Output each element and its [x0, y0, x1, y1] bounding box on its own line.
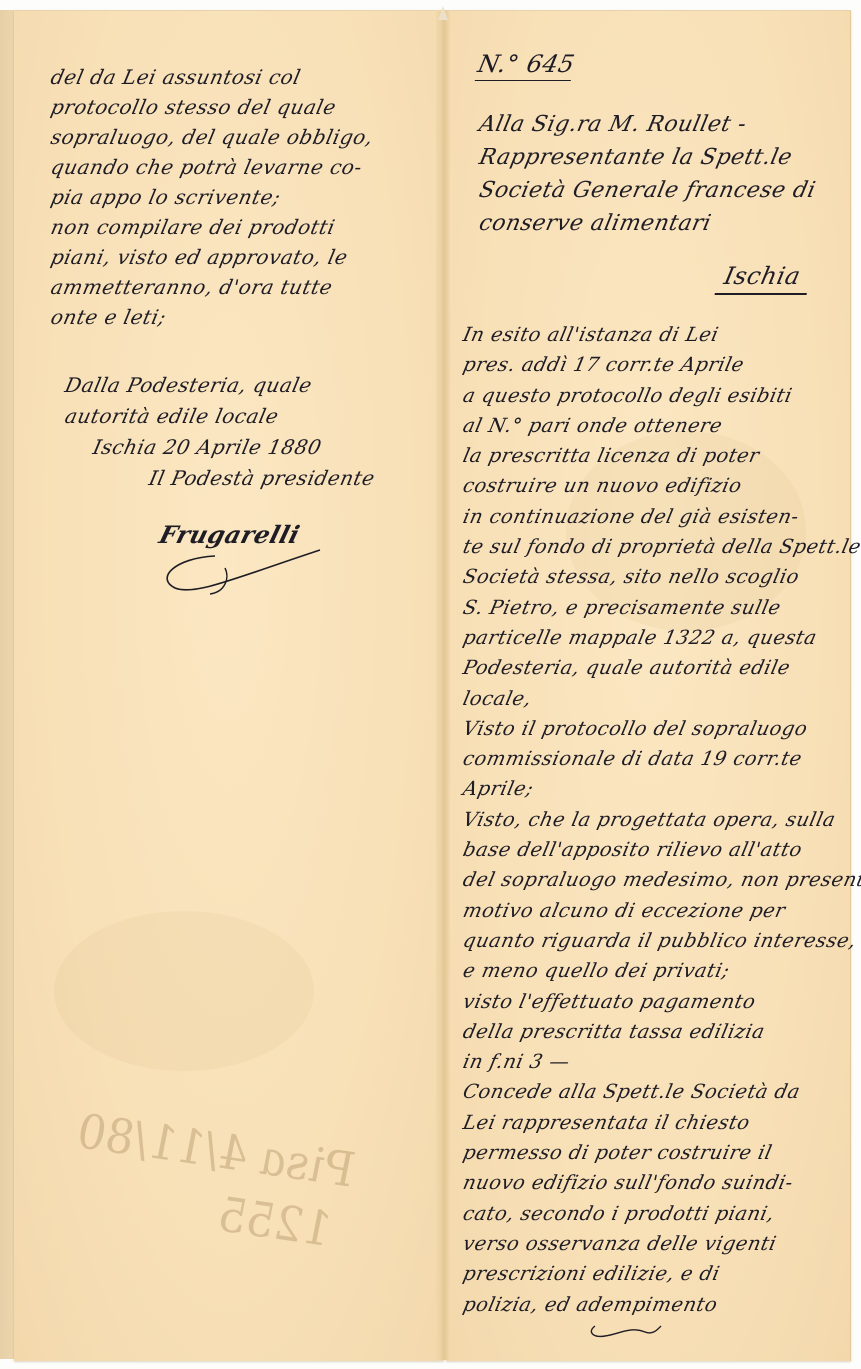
- addressee-line: conserve alimentari: [476, 207, 819, 240]
- body-line: prescrizioni edilizie, e di: [460, 1259, 861, 1289]
- body-line: cato, secondo i prodotti piani,: [460, 1199, 861, 1229]
- body-line: e meno quello dei privati;: [460, 956, 861, 986]
- left-edge-strip: [0, 10, 15, 1359]
- body-line: nuovo edifizio sull'fondo suindi-: [460, 1168, 861, 1198]
- body-line: la prescritta licenza di poter: [460, 441, 861, 471]
- text-line: onte e leti;: [48, 302, 376, 332]
- protocol-number: N.° 645: [478, 50, 574, 81]
- center-fold: [436, 10, 450, 1360]
- body-line: della prescritta tassa edilizia: [460, 1017, 861, 1047]
- body-line: Società stessa, sito nello scoglio: [460, 562, 861, 592]
- body-line: Visto, che la progettata opera, sulla: [460, 805, 861, 835]
- text-line: quando che potrà levarne co-: [48, 152, 376, 182]
- closing-line-date: Ischia 20 Aprile 1880: [62, 432, 378, 463]
- text-line: ammetteranno, d'ora tutte: [48, 272, 376, 302]
- closing-line-authority: autorità edile locale: [62, 401, 378, 432]
- body-line: del sopraluogo medesimo, non presenta: [460, 865, 861, 895]
- document-scan: del da Lei assuntosi col protocollo stes…: [0, 0, 861, 1369]
- body-line: permesso di poter costruire il: [460, 1138, 861, 1168]
- closing-line-title: Il Podestà presidente: [62, 463, 378, 494]
- body-line: verso osservanza delle vigenti: [460, 1229, 861, 1259]
- signature-flourish-icon: [155, 548, 325, 598]
- body-line: costruire un nuovo edifizio: [460, 471, 861, 501]
- addressee-block: Alla Sig.ra M. Roullet - Rappresentante …: [476, 108, 812, 240]
- body-line: polizia, ed adempimento: [460, 1290, 861, 1320]
- body-line: te sul fondo di proprietà della Spett.le: [460, 532, 861, 562]
- text-line: sopraluogo, del quale obbligo,: [48, 122, 376, 152]
- body-line: in continuazione del già esisten-: [460, 502, 861, 532]
- body-line: S. Pietro, e precisamente sulle: [460, 593, 861, 623]
- body-line: locale,: [460, 684, 861, 714]
- addressee-line: Società Generale francese di: [476, 174, 819, 207]
- body-line: motivo alcuno di eccezione per: [460, 896, 861, 926]
- place-heading: Ischia: [714, 262, 813, 295]
- body-line: commissionale di data 19 corr.te: [460, 744, 861, 774]
- left-continuation-text: del da Lei assuntosi col protocollo stes…: [48, 62, 370, 332]
- body-line: particelle mappale 1322 a, questa: [460, 623, 861, 653]
- letter-body: In esito all'istanza di Lei pres. addì 1…: [460, 320, 861, 1320]
- closing-line-office: Dalla Podesteria, quale: [62, 370, 378, 401]
- body-line: Aprile;: [460, 774, 861, 804]
- body-line: pres. addì 17 corr.te Aprile: [460, 350, 861, 380]
- body-line: in f.ni 3 —: [460, 1047, 861, 1077]
- body-line: Concede alla Spett.le Società da: [460, 1077, 861, 1107]
- body-line: al N.° pari onde ottenere: [460, 411, 861, 441]
- body-line: quanto riguarda il pubblico interesse,: [460, 926, 861, 956]
- body-line: a questo protocollo degli esibiti: [460, 381, 861, 411]
- text-line: pia appo lo scrivente;: [48, 182, 376, 212]
- paper-stain: [54, 911, 314, 1071]
- body-line: base dell'apposito rilievo all'atto: [460, 835, 861, 865]
- addressee-line: Alla Sig.ra M. Roullet -: [476, 108, 819, 141]
- body-line: In esito all'istanza di Lei: [460, 320, 861, 350]
- text-line: del da Lei assuntosi col: [48, 62, 376, 92]
- body-line: Lei rappresentata il chiesto: [460, 1108, 861, 1138]
- body-line: Visto il protocollo del sopraluogo: [460, 714, 861, 744]
- closing-flourish-icon: [585, 1318, 665, 1340]
- text-line: protocollo stesso del quale: [48, 92, 376, 122]
- protocol-number-text: N.° 645: [475, 50, 578, 81]
- text-line: piani, visto ed approvato, le: [48, 242, 376, 272]
- body-line: visto l'effettuato pagamento: [460, 987, 861, 1017]
- signature: Frugarelli: [156, 520, 303, 549]
- body-line: Podesteria, quale autorità edile: [460, 653, 861, 683]
- addressee-line: Rappresentante la Spett.le: [476, 141, 819, 174]
- text-line: non compilare dei prodotti: [48, 212, 376, 242]
- closing-block: Dalla Podesteria, quale autorità edile l…: [62, 370, 371, 494]
